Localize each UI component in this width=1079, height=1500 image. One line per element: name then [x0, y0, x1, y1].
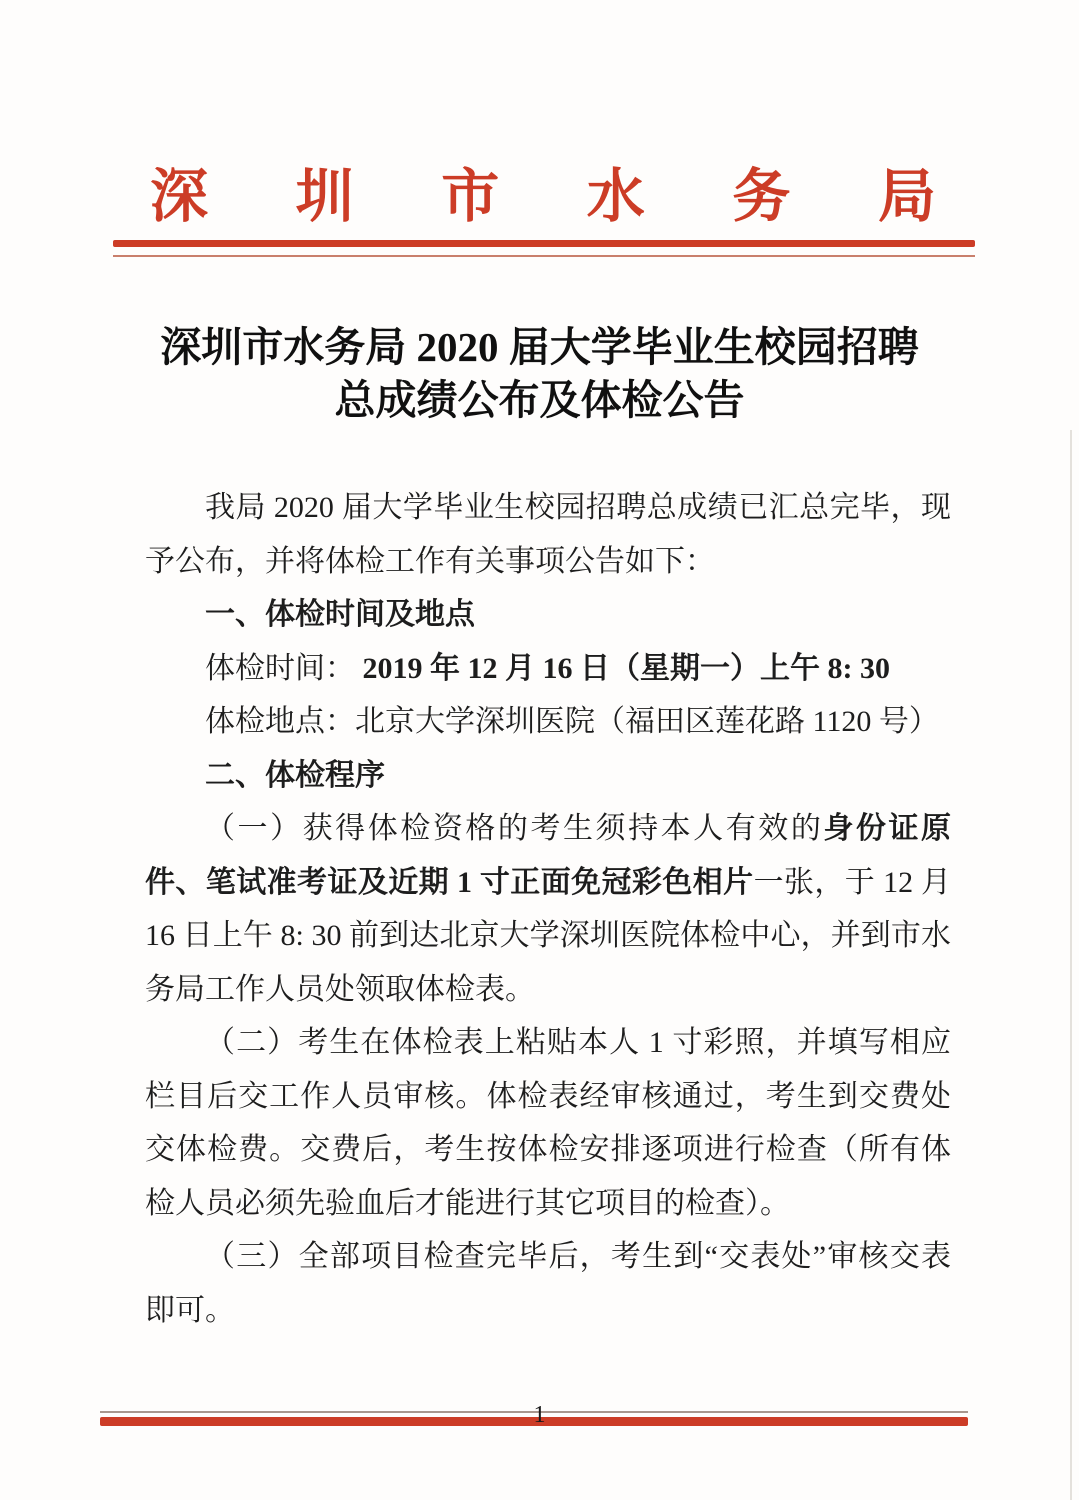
document-title: 深圳市水务局 2020 届大学毕业生校园招聘 总成绩公布及体检公告	[0, 321, 1079, 427]
bold-text-segment: 2019 年 12 月 16 日（星期一）上午 8: 30	[363, 652, 891, 685]
procedure-step2-paragraph: （二）考生在体检表上粘贴本人 1 寸彩照，并填写相应栏目后交工作人员审核。体检表…	[145, 1016, 951, 1230]
procedure-step1-paragraph: （一）获得体检资格的考生须持本人有效的身份证原件、笔试准考证及近期 1 寸正面免…	[145, 802, 951, 1016]
exam-time-line: 体检时间： 2019 年 12 月 16 日（星期一）上午 8: 30	[145, 642, 951, 696]
exam-location-line: 体检地点：北京大学深圳医院（福田区莲花路 1120 号）	[145, 695, 951, 749]
procedure-step3-paragraph: （三）全部项目检查完毕后，考生到“交表处”审核交表即可。	[145, 1230, 951, 1337]
agency-name-char: 深	[150, 166, 208, 228]
document-page: 深圳市水务局 深圳市水务局 2020 届大学毕业生校园招聘 总成绩公布及体检公告…	[0, 0, 1079, 1500]
intro-paragraph: 我局 2020 届大学毕业生校园招聘总成绩已汇总完毕，现予公布，并将体检工作有关…	[145, 481, 951, 588]
section1-heading: 一、体检时间及地点	[145, 588, 951, 642]
agency-name: 深圳市水务局	[150, 166, 936, 228]
section2-heading: 二、体检程序	[145, 749, 951, 803]
agency-name-char: 局	[878, 166, 936, 228]
agency-name-char: 市	[441, 166, 499, 228]
document-title-line2: 总成绩公布及体检公告	[0, 374, 1079, 427]
letterhead-rule-thick	[113, 240, 975, 247]
text-segment: 体检时间：	[205, 652, 363, 685]
agency-name-char: 圳	[296, 166, 354, 228]
document-body: 我局 2020 届大学毕业生校园招聘总成绩已汇总完毕，现予公布，并将体检工作有关…	[145, 481, 951, 1337]
document-title-line1: 深圳市水务局 2020 届大学毕业生校园招聘	[0, 321, 1079, 374]
page-number: 1	[0, 1395, 1079, 1435]
letterhead-rule-thin	[113, 255, 975, 257]
agency-name-char: 水	[587, 166, 645, 228]
scan-edge-artifact	[1070, 430, 1072, 1500]
agency-name-char: 务	[732, 166, 790, 228]
text-segment: （一）获得体检资格的考生须持本人有效的	[205, 812, 823, 845]
